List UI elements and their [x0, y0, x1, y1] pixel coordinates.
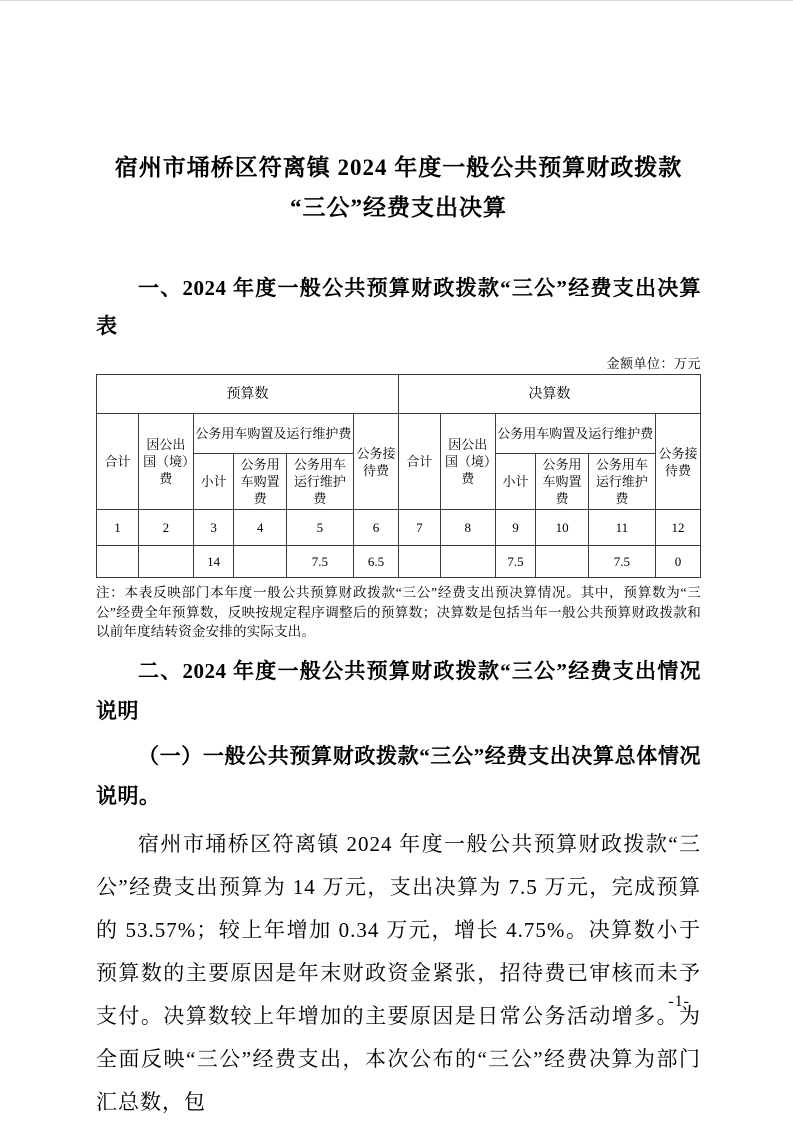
final-purchase-header: 公务用车购置费 [536, 454, 588, 510]
body-paragraph: 宿州市埇桥区符离镇 2024 年度一般公共预算财政拨款“三公”经费支出预算为 1… [96, 823, 701, 1122]
budget-abroad-header: 因公出国（境）费 [138, 414, 193, 510]
budget-header-cell: 预算数 [97, 375, 399, 414]
table-row-column-numbers: 1 2 3 4 5 6 7 8 9 10 11 12 [97, 510, 701, 546]
final-reception-header: 公务接待费 [655, 414, 700, 510]
col-number-cell: 1 [97, 510, 139, 546]
value-cell [398, 546, 440, 578]
table-row-section-headers: 预算数 决算数 [97, 375, 701, 414]
col-number-cell: 4 [234, 510, 286, 546]
document-page: 宿州市埇桥区符离镇 2024 年度一般公共预算财政拨款 “三公”经费支出决算 一… [0, 0, 793, 1122]
table-row-values: 14 7.5 6.5 7.5 7.5 0 [97, 546, 701, 578]
document-title-line2: “三公”经费支出决算 [290, 195, 507, 220]
final-vehicle-group-header: 公务用车购置及运行维护费 [495, 414, 655, 454]
final-total-header: 合计 [398, 414, 440, 510]
final-operation-header: 公务用车运行维护费 [588, 454, 655, 510]
value-cell [138, 546, 193, 578]
value-cell [440, 546, 495, 578]
budget-reception-header: 公务接待费 [353, 414, 398, 510]
budget-purchase-header: 公务用车购置费 [234, 454, 286, 510]
col-number-cell: 9 [495, 510, 536, 546]
value-cell: 6.5 [353, 546, 398, 578]
value-cell [97, 546, 139, 578]
page-number: -1- [668, 993, 690, 1011]
section1-heading: 一、2024 年度一般公共预算财政拨款“三公”经费支出决算表 [96, 269, 701, 345]
value-cell [234, 546, 286, 578]
final-header-cell: 决算数 [398, 375, 700, 414]
col-number-cell: 6 [353, 510, 398, 546]
section2-sub-heading: （一）一般公共预算财政拨款“三公”经费支出决算总体情况说明。 [96, 736, 701, 816]
budget-operation-header: 公务用车运行维护费 [286, 454, 353, 510]
value-cell: 7.5 [495, 546, 536, 578]
col-number-cell: 12 [655, 510, 700, 546]
document-title: 宿州市埇桥区符离镇 2024 年度一般公共预算财政拨款 “三公”经费支出决算 [96, 148, 701, 228]
final-subtotal-header: 小计 [495, 454, 536, 510]
col-number-cell: 11 [588, 510, 655, 546]
col-number-cell: 5 [286, 510, 353, 546]
final-abroad-header: 因公出国（境）费 [440, 414, 495, 510]
col-number-cell: 3 [193, 510, 234, 546]
col-number-cell: 10 [536, 510, 588, 546]
budget-total-header: 合计 [97, 414, 139, 510]
budget-subtotal-header: 小计 [193, 454, 234, 510]
table-row-group-headers: 合计 因公出国（境）费 公务用车购置及运行维护费 公务接待费 合计 因公出国（境… [97, 414, 701, 454]
value-cell: 7.5 [588, 546, 655, 578]
col-number-cell: 8 [440, 510, 495, 546]
section2-heading: 二、2024 年度一般公共预算财政拨款“三公”经费支出情况说明 [96, 651, 701, 731]
unit-note: 金额单位：万元 [96, 356, 701, 372]
col-number-cell: 2 [138, 510, 193, 546]
value-cell [536, 546, 588, 578]
value-cell: 7.5 [286, 546, 353, 578]
three-public-expense-table: 预算数 决算数 合计 因公出国（境）费 公务用车购置及运行维护费 公务接待费 合… [96, 374, 701, 578]
budget-vehicle-group-header: 公务用车购置及运行维护费 [193, 414, 353, 454]
value-cell: 0 [655, 546, 700, 578]
document-title-line1: 宿州市埇桥区符离镇 2024 年度一般公共预算财政拨款 [115, 155, 683, 180]
value-cell: 14 [193, 546, 234, 578]
col-number-cell: 7 [398, 510, 440, 546]
table-note: 注：本表反映部门本年度一般公共预算财政拨款“三公”经费支出预决算情况。其中，预算… [96, 583, 701, 642]
